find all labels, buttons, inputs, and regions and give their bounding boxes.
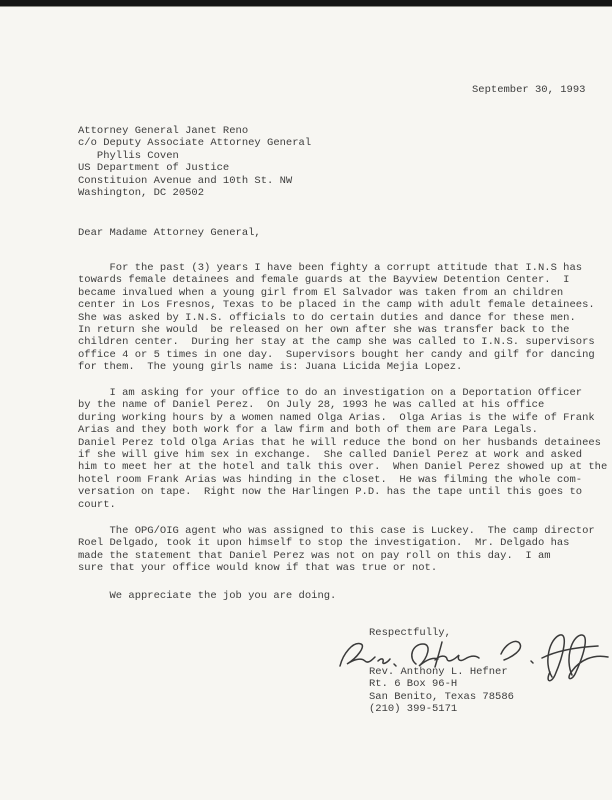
- body-paragraph-2: I am asking for your office to do an inv…: [78, 387, 607, 511]
- body-line: Roel Delgado, took it upon himself to st…: [78, 537, 595, 549]
- letter-page: September 30, 1993 Attorney General Jane…: [0, 0, 612, 800]
- signature-name-line: Rev. Anthony L. Hefner: [369, 666, 514, 678]
- closing-line: Respectfully,: [369, 627, 451, 639]
- body-line: him to meet her at the hotel and talk th…: [78, 461, 607, 473]
- signature-block: Rev. Anthony L. Hefner Rt. 6 Box 96-H Sa…: [369, 666, 514, 716]
- body-line: during working hours by a women named Ol…: [78, 412, 607, 424]
- body-line: center in Los Fresnos, Texas to be place…: [78, 299, 595, 311]
- body-paragraph-3: The OPG/OIG agent who was assigned to th…: [78, 525, 595, 575]
- body-line: In return she would be released on her o…: [78, 324, 595, 336]
- body-line: Daniel Perez told Olga Arias that he wil…: [78, 437, 607, 449]
- scan-edge-artifact: [0, 0, 612, 7]
- body-line: became invalued when a young girl from E…: [78, 287, 595, 299]
- body-line: hotel room Frank Arias was hinding in th…: [78, 474, 607, 486]
- body-line: children center. During her stay at the …: [78, 336, 595, 348]
- body-line: office 4 or 5 times in one day. Supervis…: [78, 349, 595, 361]
- body-line: She was asked by I.N.S. officials to do …: [78, 312, 595, 324]
- body-line: if she will give him sex in exchange. Sh…: [78, 449, 607, 461]
- recipient-line: US Department of Justice: [78, 162, 311, 174]
- recipient-line: c/o Deputy Associate Attorney General: [78, 137, 311, 149]
- body-line: made the statement that Daniel Perez was…: [78, 550, 595, 562]
- signature-address-line: San Benito, Texas 78586: [369, 691, 514, 703]
- recipient-line: Constituion Avenue and 10th St. NW: [78, 175, 311, 187]
- signature-address-line: Rt. 6 Box 96-H: [369, 678, 514, 690]
- body-line: sure that your office would know if that…: [78, 562, 595, 574]
- body-paragraph-1: For the past (3) years I have been fight…: [78, 262, 595, 374]
- body-line: For the past (3) years I have been fight…: [78, 262, 595, 274]
- recipient-address-block: Attorney General Janet Reno c/o Deputy A…: [78, 125, 311, 199]
- recipient-line: Phyllis Coven: [78, 150, 311, 162]
- body-line: I am asking for your office to do an inv…: [78, 387, 607, 399]
- body-line: court.: [78, 499, 607, 511]
- recipient-line: Attorney General Janet Reno: [78, 125, 311, 137]
- appreciation-line: We appreciate the job you are doing.: [78, 590, 336, 602]
- date-line: September 30, 1993: [472, 84, 585, 96]
- recipient-line: Washington, DC 20502: [78, 187, 311, 199]
- body-line: for them. The young girls name is: Juana…: [78, 361, 595, 373]
- body-line: versation on tape. Right now the Harling…: [78, 486, 607, 498]
- body-line: Arias and they both work for a law firm …: [78, 424, 607, 436]
- body-line: by the name of Daniel Perez. On July 28,…: [78, 399, 607, 411]
- body-line: The OPG/OIG agent who was assigned to th…: [78, 525, 595, 537]
- salutation: Dear Madame Attorney General,: [78, 227, 261, 239]
- signature-phone-line: (210) 399-5171: [369, 703, 514, 715]
- body-line: towards female detainees and female guar…: [78, 274, 595, 286]
